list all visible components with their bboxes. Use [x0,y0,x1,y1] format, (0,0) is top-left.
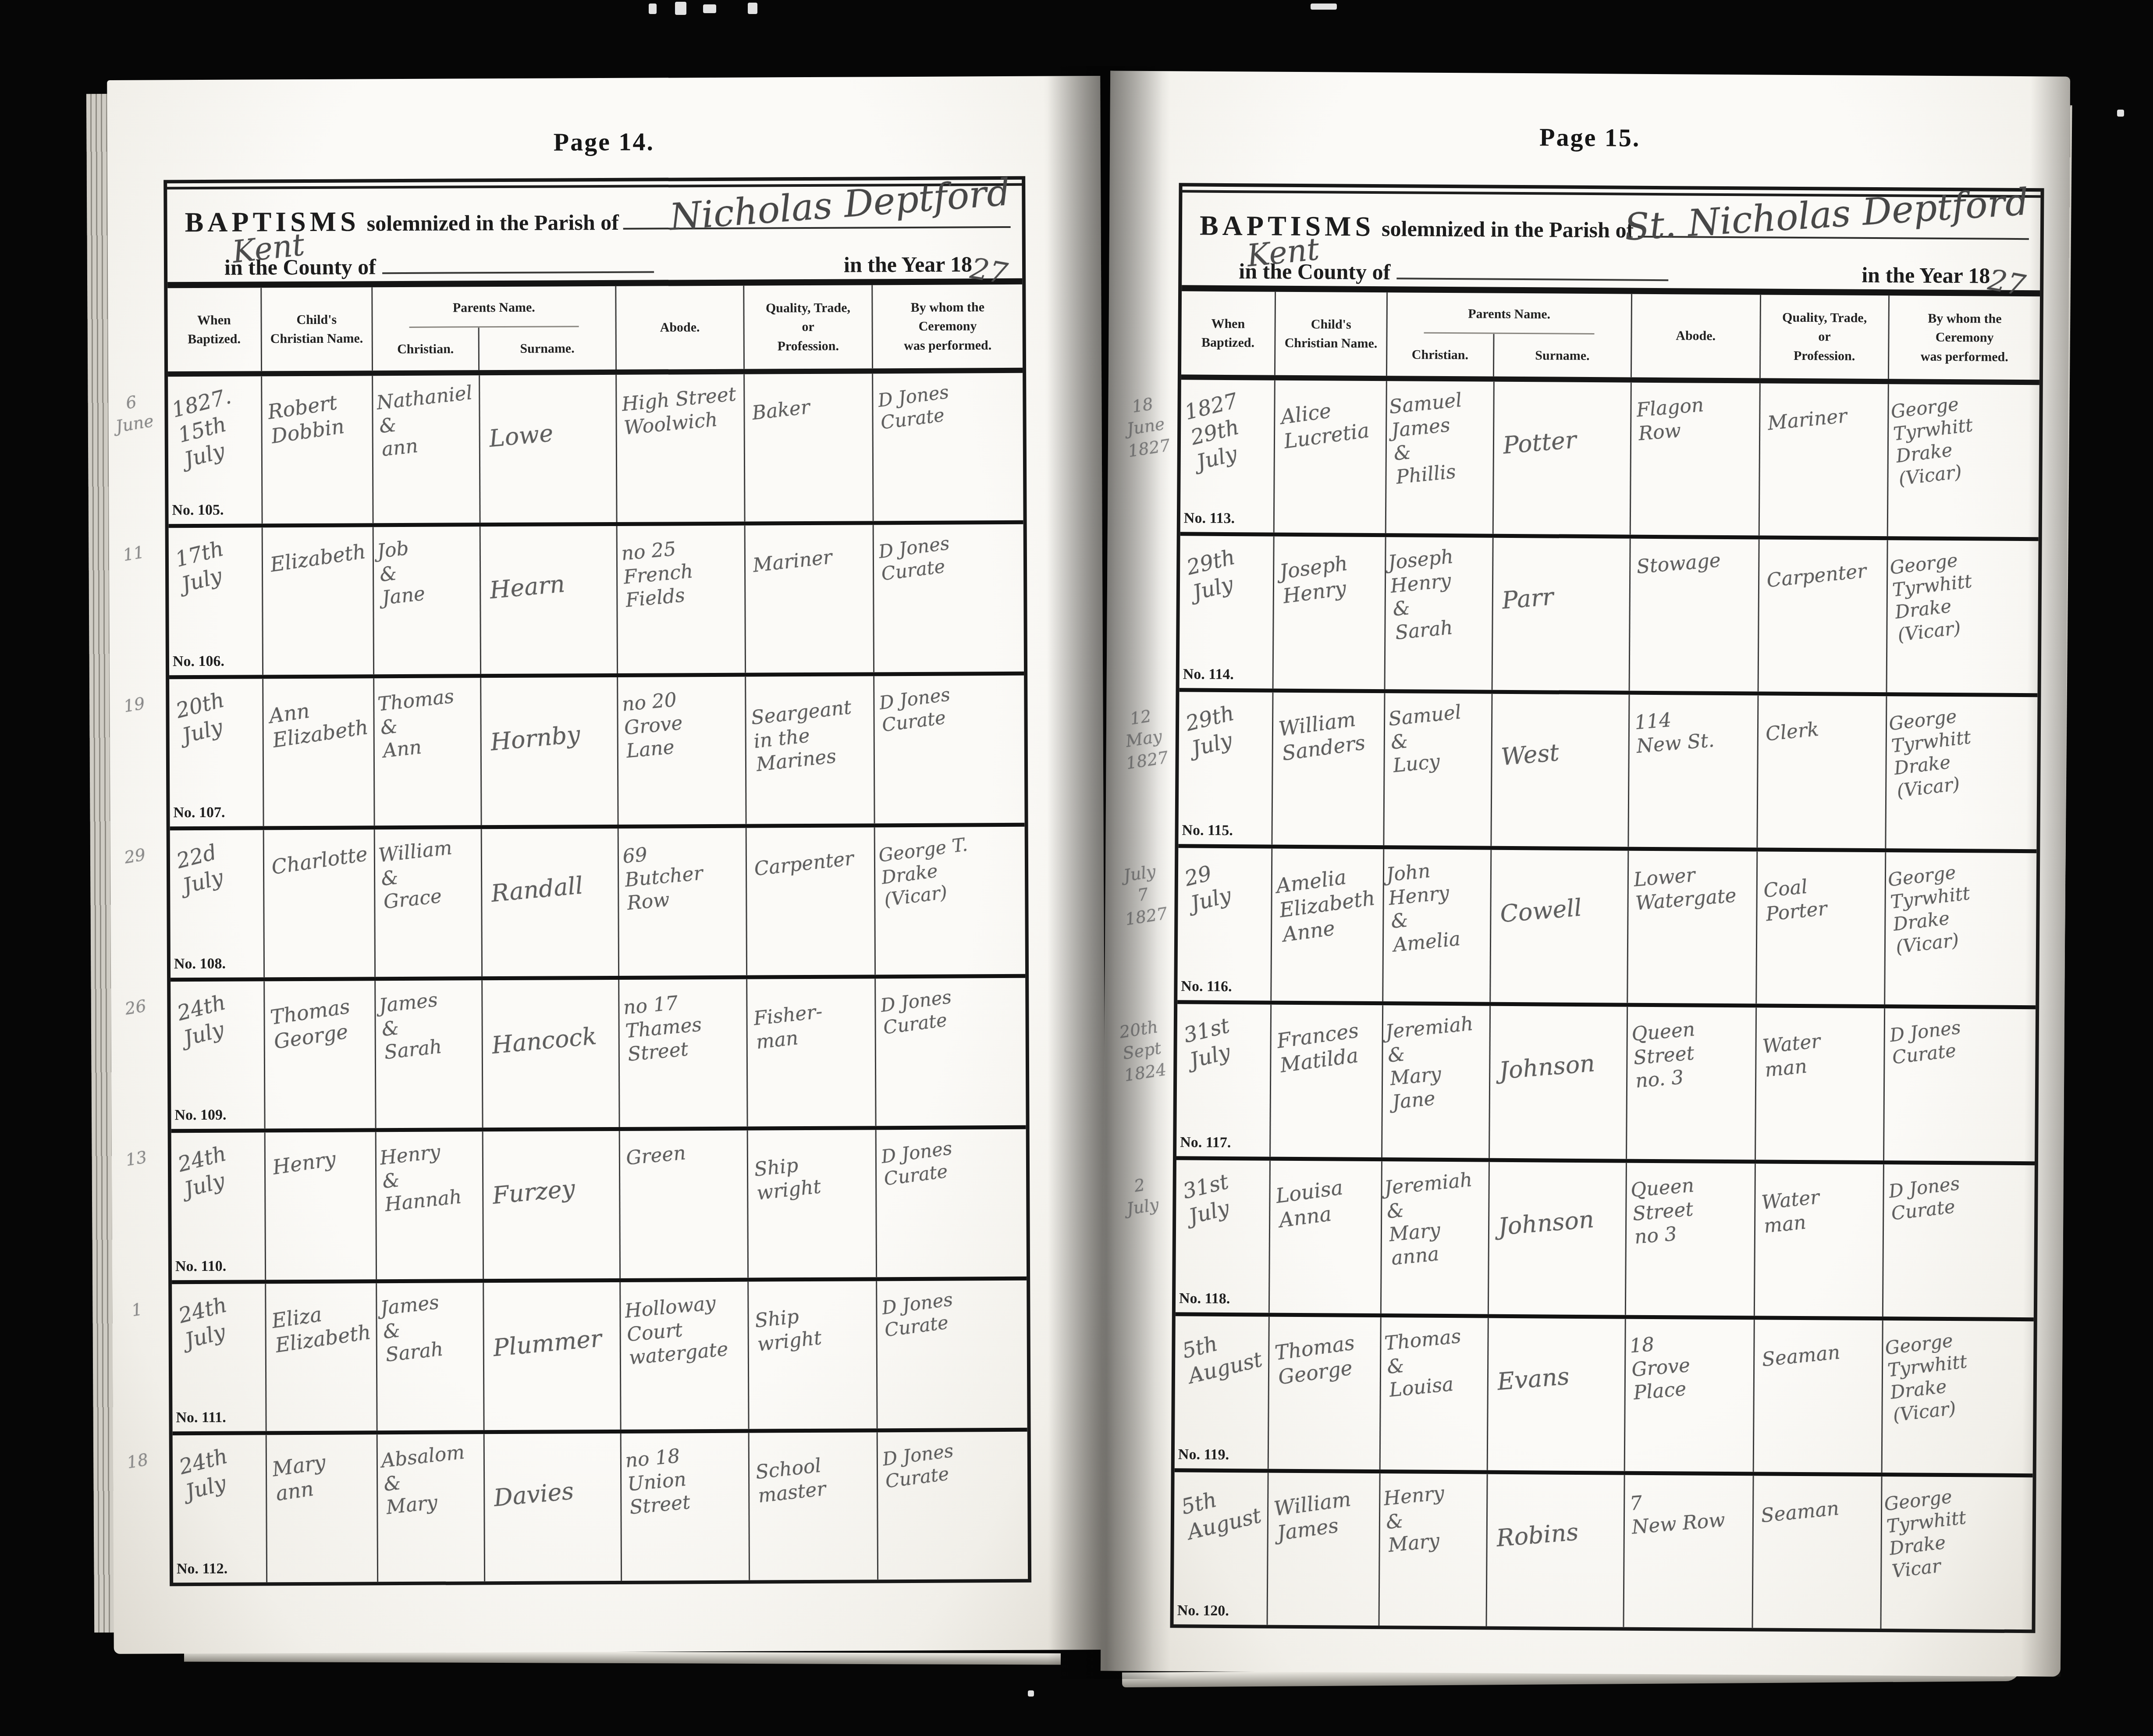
cell-quality: Mariner [746,525,874,672]
film-artifact [1028,1690,1034,1697]
cell-child-name: Louisa Anna [1270,1161,1382,1314]
cell-when-baptized: 17th JulyNo. 106. [169,527,263,675]
cell-child-name: Joseph Henry [1274,537,1386,690]
cell-by-whom: D Jones Curate [878,1432,1028,1579]
cell-when-baptized: 29th JulyNo. 115. [1178,692,1273,844]
film-artifact [1311,4,1337,10]
cell-parents-surname: Hornby [481,677,618,825]
table-row: 5th AugustNo. 119. Thomas George Thomas … [1175,1316,2034,1477]
col-parents-christian: Christian. [373,327,480,371]
cell-quality: Mariner [1759,383,1889,536]
table-row: 26 24th JulyNo. 109. Thomas George James… [171,978,1026,1133]
cell-abode: High Street Woolwich [617,374,746,522]
cell-abode: no 25 French Fields [617,526,746,673]
entry-number: No. 109. [174,1107,226,1124]
cell-child-name: Charlotte [264,829,376,977]
cell-when-baptized: 20th JulyNo. 107. [169,679,264,826]
margin-note: 11 [102,538,166,569]
table-row: 5th AugustNo. 120. William James Henry &… [1174,1472,2033,1629]
margin-note: 18 [106,1446,170,1477]
col-parents-name: Parents Name. Christian. Surname. [1387,292,1632,377]
register-page-left: Page 14. BAPTISMS solemnized in the Pari… [107,76,1107,1654]
cell-when-baptized: 29th JulyNo. 114. [1180,536,1275,688]
cell-quality: Carpenter [1759,539,1888,692]
col-quality: Quality, Trade, or Profession. [744,285,873,369]
cell-abode: Holloway Court watergate [621,1282,750,1430]
baptism-table: BAPTISMS solemnized in the Parish of St.… [1170,183,2044,1633]
cell-by-whom: D Jones Curate [877,1281,1027,1428]
margin-note: 29 [103,841,167,872]
entry-number: No. 107. [173,804,225,822]
cell-child-name: Henry [265,1132,377,1280]
entry-number: No. 105. [172,502,224,519]
col-when-baptized: When Baptized. [1181,291,1276,375]
cell-when-baptized: 24th JulyNo. 110. [171,1132,266,1280]
cell-by-whom: D Jones Curate [876,978,1026,1126]
cell-child-name: Elizabeth [263,527,374,675]
cell-quality: Ship wright [749,1281,878,1429]
cell-abode: Stowage [1630,539,1759,692]
cell-child-name: Mary ann [266,1434,378,1582]
cell-abode: Queen Street no 3 [1626,1163,1756,1316]
margin-note: 1 [105,1295,169,1326]
cell-parents-surname: Johnson [1489,1162,1627,1315]
margin-note [1115,546,1175,555]
film-artifact [649,4,657,14]
cell-quality: Coal Porter [1757,851,1887,1004]
cell-parents-christian: Job & Jane [374,526,481,674]
cell-when-baptized: 29 JulyNo. 116. [1177,848,1272,1000]
cell-by-whom: D Jones Curate [873,373,1023,521]
cell-by-whom: George Tyrwhitt Drake (Vicar) [1883,1320,2034,1473]
margin-note: July 7 1827 [1108,858,1178,932]
cell-quality: School master [750,1432,878,1580]
cell-by-whom: D Jones Curate [874,676,1025,823]
cell-quality: Seaman [1753,1476,1883,1629]
col-child-name: Child's Christian Name. [262,287,373,371]
cell-parents-surname: Furzey [483,1131,620,1279]
col-parents-title: Parents Name. [409,286,579,327]
cell-quality: Fisher- man [747,978,876,1126]
year-handwritten: 27 [1986,263,2028,303]
table-row: 29 22d JulyNo. 108. Charlotte William & … [170,827,1025,982]
col-parents-surname: Surname. [479,327,615,370]
cell-abode: 114 New St. [1629,695,1759,848]
column-headers: When Baptized. Child's Christian Name. P… [167,285,1023,377]
entry-number: No. 114. [1183,666,1234,683]
cell-parents-surname: Hearn [480,526,618,674]
cell-parents-surname: Randall [482,829,619,976]
entry-number: No. 116. [1181,978,1232,995]
margin-note: 20th Sept 1824 [1107,1014,1177,1088]
ruled-line: Kent [382,251,654,274]
cell-abode: 69 Butcher Row [618,828,747,976]
margin-note [1110,1326,1170,1335]
entry-number: No. 108. [174,956,226,973]
table-row: 2 July 31st JulyNo. 118. Louisa Anna Jer… [1176,1160,2035,1321]
cell-parents-christian: Samuel & Lucy [1384,693,1492,846]
margin-note: 12 May 1827 [1109,702,1180,776]
entry-number: No. 112. [177,1561,227,1578]
cell-when-baptized: 31st JulyNo. 118. [1176,1160,1271,1313]
entry-number: No. 120. [1177,1602,1229,1619]
cell-when-baptized: 5th AugustNo. 119. [1175,1316,1270,1469]
cell-when-baptized: 24th JulyNo. 109. [171,981,265,1129]
cell-parents-christian: James & Sarah [377,1283,484,1430]
cell-parents-christian: John Henry & Amelia [1383,849,1492,1002]
cell-child-name: Frances Matilda [1271,1005,1383,1158]
table-heading: BAPTISMS solemnized in the Parish of Nic… [167,180,1022,288]
cell-abode: no 17 Thames Street [619,979,748,1127]
cell-parents-surname: Cowell [1491,850,1629,1003]
cell-parents-christian: Nathaniel & ann [373,375,480,523]
entry-number: No. 118. [1179,1290,1230,1307]
entry-number: No. 111. [176,1409,226,1426]
cell-parents-christian: Absalom & Mary [378,1434,485,1582]
cell-parents-surname: Lowe [480,375,617,523]
cell-quality: Ship wright [748,1130,877,1277]
cell-parents-surname: Plummer [484,1282,621,1430]
entry-number: No. 113. [1184,510,1235,527]
register-page-right: Page 15. BAPTISMS solemnized in the Pari… [1101,71,2070,1676]
cell-quality: Water man [1756,1007,1886,1160]
film-artifact [675,2,686,15]
cell-child-name: Robert Dobbin [262,376,374,523]
cell-parents-christian: Joseph Henry & Sarah [1385,537,1493,690]
cell-when-baptized: 1827. 15th JulyNo. 105. [168,376,263,524]
cell-by-whom: D Jones Curate [874,524,1024,672]
column-headers: When Baptized. Child's Christian Name. P… [1181,291,2040,385]
table-row: 20th Sept 1824 31st JulyNo. 117. Frances… [1176,1004,2036,1165]
margin-note: 13 [104,1143,168,1174]
cell-child-name: William James [1268,1473,1381,1626]
cell-parents-christian: Jeremiah & Mary Jane [1382,1005,1491,1158]
entry-number: No. 106. [173,653,224,670]
cell-abode: Lower Watergate [1628,851,1758,1004]
cell-by-whom: D Jones Curate [1884,1008,2036,1161]
cell-abode: no 20 Grove Lane [618,677,747,825]
cell-parents-surname: Evans [1488,1318,1626,1471]
table-row: 29th JulyNo. 114. Joseph Henry Joseph He… [1180,536,2039,697]
table-row: July 7 1827 29 JulyNo. 116. Amelia Eliza… [1177,848,2036,1009]
cell-abode: 7 New Row [1624,1475,1754,1628]
col-when-baptized: When Baptized. [167,288,262,371]
cell-parents-christian: Jeremiah & Mary anna [1382,1161,1490,1314]
margin-note: 19 [102,690,166,721]
margin-note [1109,1482,1169,1491]
margin-note: 26 [103,992,167,1023]
page-number: Page 15. [1110,120,2070,155]
heading-parish-label: solemnized in the Parish of [367,210,619,236]
margin-note: 18 June 1827 [1111,390,1181,464]
cell-when-baptized: 1827 29th JulyNo. 113. [1180,380,1275,532]
cell-parents-surname: West [1492,694,1630,847]
cell-when-baptized: 24th JulyNo. 111. [172,1284,266,1431]
cell-parents-surname: Davies [484,1434,622,1581]
cell-by-whom: George Tyrwhitt Drake (Vicar) [1885,852,2036,1005]
table-row: 6 June 1827. 15th JulyNo. 105. Robert Do… [168,373,1023,528]
cell-child-name: William Sanders [1273,693,1386,846]
cell-by-whom: D Jones Curate [1883,1164,2035,1317]
col-parents-name: Parents Name. Christian. Surname. [373,286,617,370]
col-parents-title: Parents Name. [1424,293,1595,334]
cell-quality: Carpenter [747,827,876,975]
col-abode: Abode. [1632,294,1761,378]
cell-when-baptized: 22d JulyNo. 108. [170,830,265,978]
table-row: 11 17th JulyNo. 106. Elizabeth Job & Jan… [169,524,1024,679]
county-handwritten: Kent [1245,231,1321,274]
entry-number: No. 119. [1178,1446,1229,1463]
table-row: 13 24th JulyNo. 110. Henry Henry & Hanna… [171,1129,1027,1284]
cell-child-name: Alice Lucretia [1275,381,1387,534]
cell-parents-christian: Henry & Mary [1379,1473,1488,1626]
cell-child-name: Thomas George [1269,1317,1382,1470]
cell-by-whom: D Jones Curate [876,1129,1027,1277]
margin-note: 6 June [99,387,167,440]
col-parents-surname: Surname. [1494,334,1631,377]
cell-abode: Queen Street no. 3 [1627,1007,1757,1160]
margin-note: 2 July [1108,1170,1175,1223]
cell-parents-surname: Hancock [483,980,620,1128]
cell-quality: Baker [745,374,874,521]
cell-child-name: Amelia Elizabeth Anne [1272,849,1385,1002]
cell-quality: Water man [1755,1163,1884,1316]
baptism-table: BAPTISMS solemnized in the Parish of Nic… [163,176,1031,1587]
cell-quality: Seaman [1754,1320,1883,1473]
cell-child-name: Thomas George [265,981,377,1128]
col-parents-christian: Christian. [1387,333,1494,377]
cell-by-whom: George T. Drake (Vicar) [875,827,1025,975]
cell-parents-christian: Thomas & Louisa [1381,1317,1489,1470]
col-child-name: Child's Christian Name. [1275,292,1388,376]
cell-parents-christian: Samuel James & Phillis [1386,381,1495,534]
cell-parents-surname: Parr [1492,538,1631,691]
cell-child-name: Eliza Elizabeth [266,1283,378,1431]
cell-quality: Clerk [1758,695,1887,848]
cell-child-name: Ann Elizabeth [263,678,375,826]
cell-parents-christian: Thomas & Ann [374,678,482,825]
col-abode: Abode. [616,286,745,370]
col-by-whom: By whom the Ceremony was performed. [1889,295,2040,380]
cell-parents-christian: James & Sarah [376,980,483,1128]
cell-quality: Seargeant in the Marines [746,676,875,824]
col-by-whom: By whom the Ceremony was performed. [873,285,1023,368]
cell-parents-surname: Johnson [1490,1006,1628,1159]
cell-abode: Flagon Row [1631,383,1761,536]
table-row: 1 24th JulyNo. 111. Eliza Elizabeth Jame… [172,1281,1027,1436]
cell-parents-surname: Potter [1493,382,1631,535]
film-artifact [2117,110,2124,117]
cell-by-whom: George Tyrwhitt Drake (Vicar) [1887,540,2039,693]
table-row: 19 20th JulyNo. 107. Ann Elizabeth Thoma… [169,676,1024,831]
cell-parents-christian: Henry & Hannah [377,1131,484,1279]
cell-by-whom: George Tyrwhitt Drake (Vicar) [1887,696,2038,849]
cell-parents-christian: William & Grace [375,829,483,977]
cell-by-whom: George Tyrwhitt Drake Vicar [1882,1476,2033,1629]
heading-year-label: in the Year 18 [844,251,972,277]
table-heading: BAPTISMS solemnized in the Parish of St.… [1182,186,2040,296]
cell-abode: 18 Grove Place [1625,1319,1755,1472]
ruled-line: Kent [1396,257,1668,281]
cell-by-whom: George Tyrwhitt Drake (Vicar) [1888,384,2039,537]
cell-parents-surname: Robins [1487,1474,1625,1627]
cell-abode: Green [620,1131,749,1278]
table-row: 18 June 1827 1827 29th JulyNo. 113. Alic… [1180,380,2039,541]
col-quality: Quality, Trade, or Profession. [1761,295,1890,379]
entry-number: No. 110. [175,1258,226,1275]
table-row: 18 24th JulyNo. 112. Mary ann Absalom & … [173,1432,1028,1583]
page-number: Page 14. [107,125,1101,159]
film-artifact [703,4,716,13]
film-artifact [748,3,757,14]
entry-number: No. 117. [1180,1134,1231,1151]
entry-number: No. 115. [1182,822,1233,839]
cell-abode: no 18 Union Street [621,1433,750,1581]
cell-when-baptized: 24th JulyNo. 112. [173,1435,267,1583]
heading-year-label: in the Year 18 [1862,262,1990,288]
cell-when-baptized: 5th AugustNo. 120. [1174,1472,1269,1625]
heading-parish-label: solemnized in the Parish of [1382,216,1634,243]
table-row: 12 May 1827 29th JulyNo. 115. William Sa… [1178,692,2037,853]
cell-when-baptized: 31st JulyNo. 117. [1176,1004,1272,1156]
year-handwritten: 27 [968,251,1010,291]
